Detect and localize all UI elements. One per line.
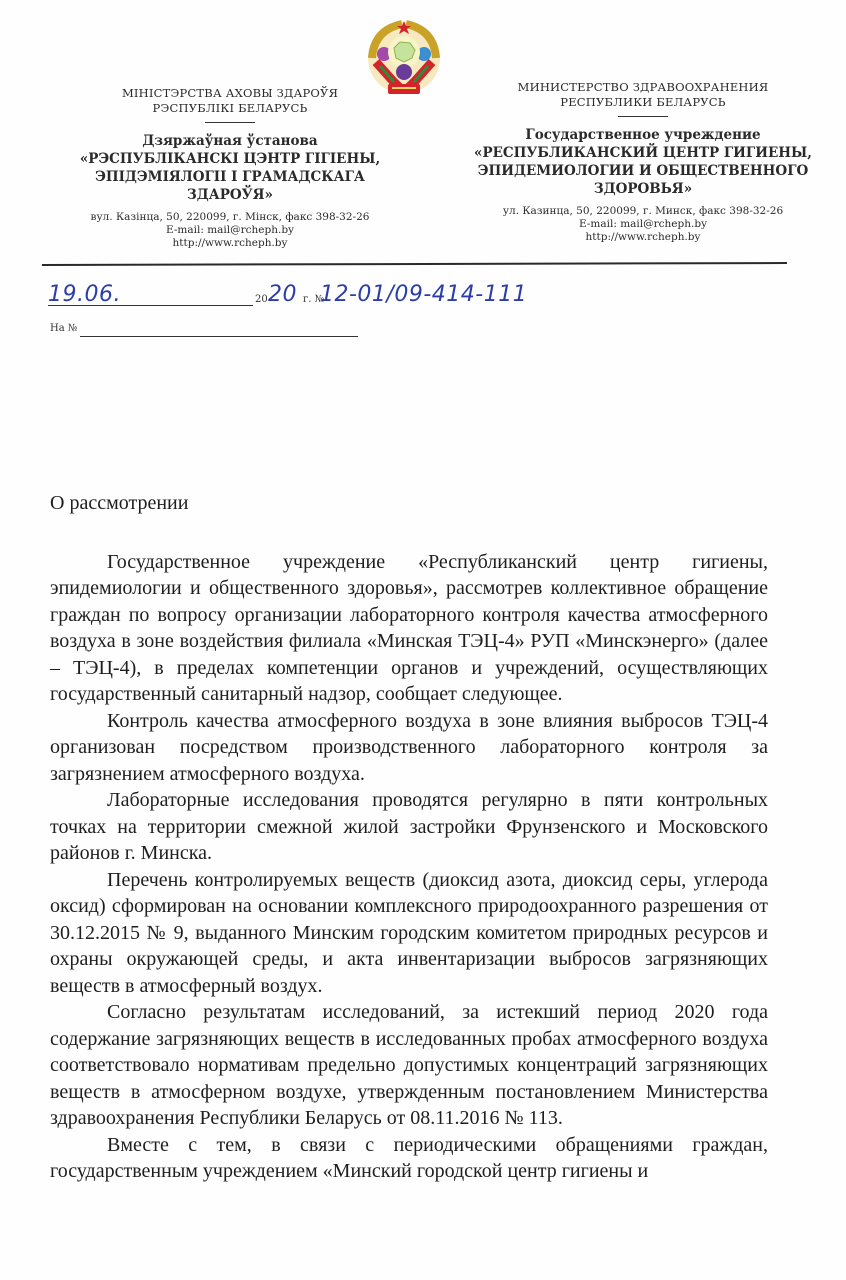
handwritten-year: 20 [268,282,297,307]
address-be: вул. Казінца, 50, 220099, г. Мінск, факс… [40,211,420,224]
in-reply-underline [80,336,358,337]
letter-page: МІНІСТЭРСТВА АХОВЫ ЗДАРОЎЯ РЭСПУБЛІКІ БЕ… [0,0,846,1280]
email-be: E-mail: mail@rcheph.by [40,224,420,237]
in-reply-label: На № [50,323,77,334]
institution-name-be-line3: ЗДАРОЎЯ» [40,186,420,204]
institution-name-ru-line2: ЭПИДЕМИОЛОГИИ И ОБЩЕСТВЕННОГО [462,162,824,180]
institution-name-be-line1: «РЭСПУБЛІКАНСКІ ЦЭНТР ГІГІЕНЫ, [40,150,420,168]
divider [618,116,668,117]
header-russian: МИНИСТЕРСТВО ЗДРАВООХРАНЕНИЯ РЕСПУБЛИКИ … [462,80,824,244]
institution-name-ru-line1: «РЕСПУБЛИКАНСКИЙ ЦЕНТР ГИГИЕНЫ, [462,144,824,162]
handwritten-date: 19.06. [48,282,121,307]
contact-block-be: вул. Казінца, 50, 220099, г. Мінск, факс… [40,211,420,250]
email-ru: E-mail: mail@rcheph.by [462,218,824,231]
paragraph: Перечень контролируемых веществ (диоксид… [50,867,768,1000]
contact-block-ru: ул. Казинца, 50, 220099, г. Минск, факс … [462,205,824,244]
ministry-name-be-line2: РЭСПУБЛІКІ БЕЛАРУСЬ [40,101,420,116]
letterhead-rule [42,262,787,266]
ministry-name-ru-line1: МИНИСТЕРСТВО ЗДРАВООХРАНЕНИЯ [462,80,824,95]
year-prefix: 20 [255,294,268,305]
letter-subject: О рассмотрении [50,490,768,517]
address-ru: ул. Казинца, 50, 220099, г. Минск, факс … [462,205,824,218]
paragraph: Вместе с тем, в связи с периодическими о… [50,1132,768,1185]
institution-name-ru-line3: ЗДОРОВЬЯ» [462,180,824,198]
paragraph: Согласно результатам исследований, за ис… [50,999,768,1132]
divider [205,122,255,123]
letter-body: О рассмотрении Государственное учреждени… [50,490,768,1185]
header-belarusian: МІНІСТЭРСТВА АХОВЫ ЗДАРОЎЯ РЭСПУБЛІКІ БЕ… [40,86,420,250]
handwritten-reg-number: 12-01/09-414-111 [320,282,527,307]
date-underline [48,305,253,306]
website-be: http://www.rcheph.by [40,237,420,250]
paragraph: Лабораторные исследования проводятся рег… [50,787,768,867]
institution-name-be-line2: ЭПІДЭМІЯЛОГІІ І ГРАМАДСКАГА [40,168,420,186]
ministry-name-be-line1: МІНІСТЭРСТВА АХОВЫ ЗДАРОЎЯ [40,86,420,101]
ministry-name-ru-line2: РЕСПУБЛИКИ БЕЛАРУСЬ [462,95,824,110]
website-ru: http://www.rcheph.by [462,231,824,244]
registration-line: 19.06. 20 20 г. № 12-01/09-414-111 [40,280,560,310]
institution-type-be: Дзяржаўная ўстанова [40,133,420,150]
paragraph: Контроль качества атмосферного воздуха в… [50,708,768,788]
paragraph: Государственное учреждение «Республиканс… [50,549,768,708]
institution-type-ru: Государственное учреждение [462,127,824,144]
